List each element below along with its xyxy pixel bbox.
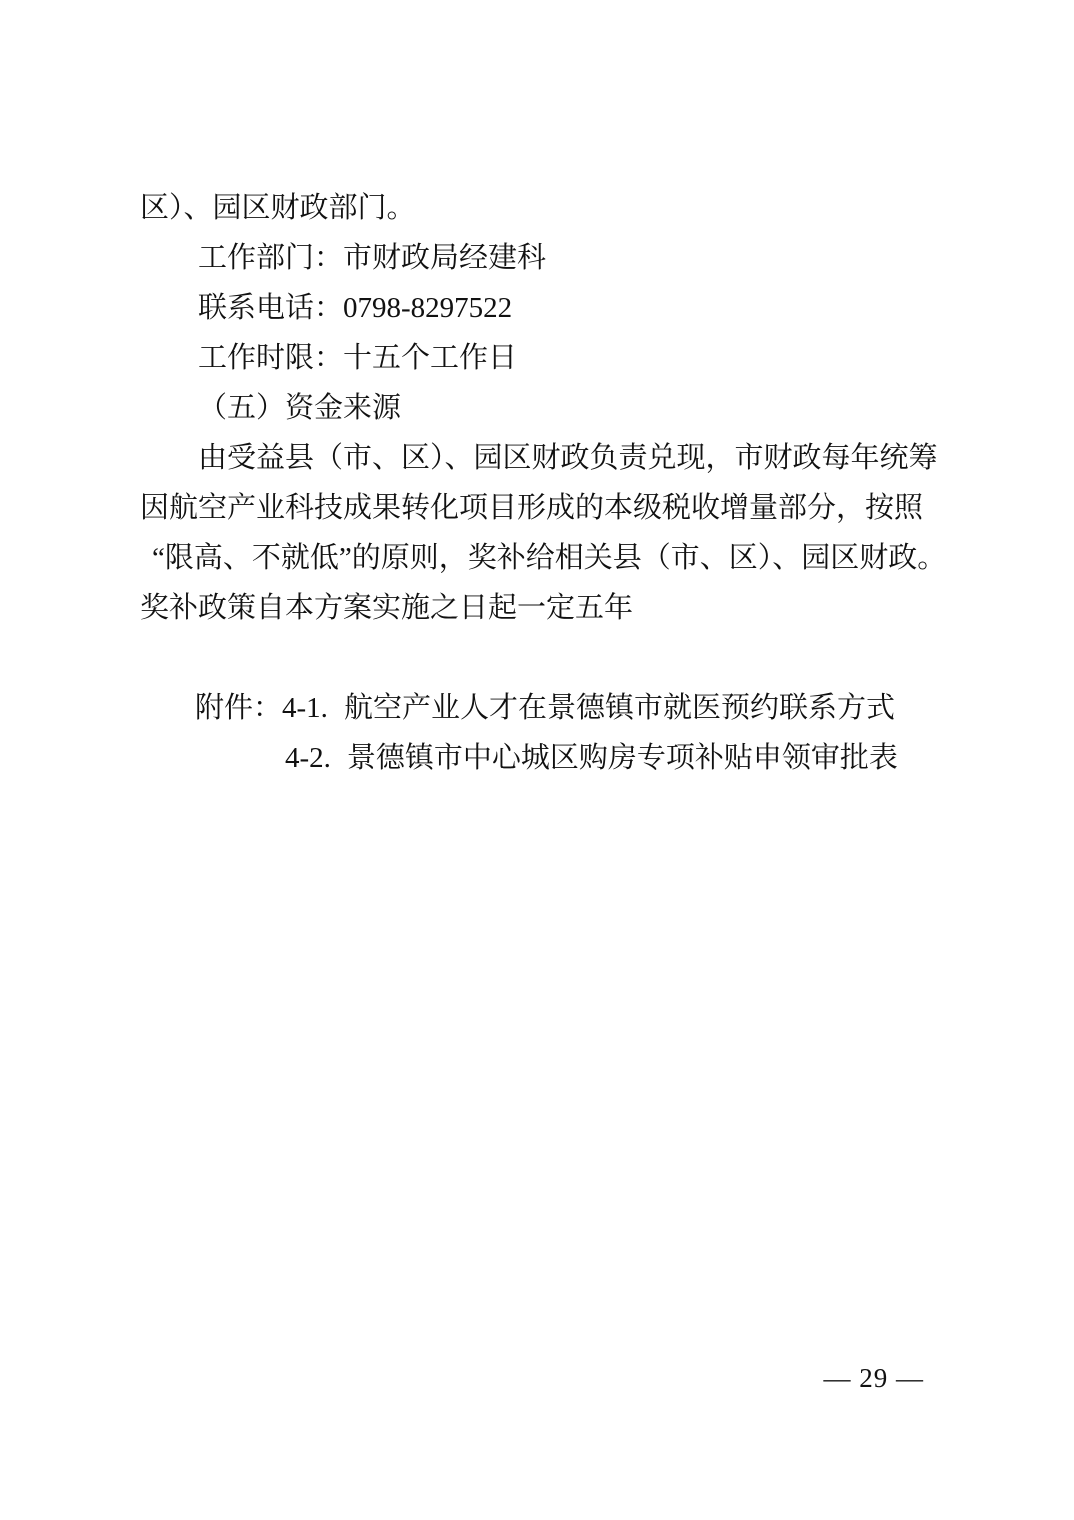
attachment-label: 附件：: [195, 692, 282, 724]
paragraph-line-3: “限高、不就低”的原则，奖补给相关县（市、区）、园区财政。: [152, 533, 940, 583]
page-number: — 29 —: [824, 1362, 925, 1394]
paragraph-line-1: 由受益县（市、区）、园区财政负责兑现，市财政每年统筹: [198, 433, 940, 483]
paragraph-line-4: 奖补政策自本方案实施之日起一定五年: [140, 583, 940, 633]
attachment-item-number: 4-1.: [282, 692, 328, 724]
attachment-line-2: 4-2.景德镇市中心城区购房专项补贴申领审批表: [285, 733, 940, 783]
attachment-line-1: 附件：4-1.航空产业人才在景德镇市就医预约联系方式: [195, 683, 940, 733]
body-line-work-time-limit: 工作时限：十五个工作日: [198, 333, 940, 383]
blank-line: [140, 633, 940, 683]
document-body: 区）、园区财政部门。 工作部门：市财政局经建科 联系电话：0798-829752…: [140, 183, 940, 783]
attachment-item-title: 航空产业人才在景德镇市就医预约联系方式: [344, 692, 895, 724]
paragraph-line-2: 因航空产业科技成果转化项目形成的本级税收增量部分，按照: [140, 483, 940, 533]
body-line-continuation: 区）、园区财政部门。: [140, 183, 940, 233]
document-page: 区）、园区财政部门。 工作部门：市财政局经建科 联系电话：0798-829752…: [0, 0, 1074, 1520]
attachment-item-number: 4-2.: [285, 742, 331, 774]
attachment-item-title: 景德镇市中心城区购房专项补贴申领审批表: [347, 742, 898, 774]
section-heading-funding-source: （五）资金来源: [198, 383, 940, 433]
body-line-contact-phone: 联系电话：0798-8297522: [198, 283, 940, 333]
body-line-work-department: 工作部门：市财政局经建科: [198, 233, 940, 283]
